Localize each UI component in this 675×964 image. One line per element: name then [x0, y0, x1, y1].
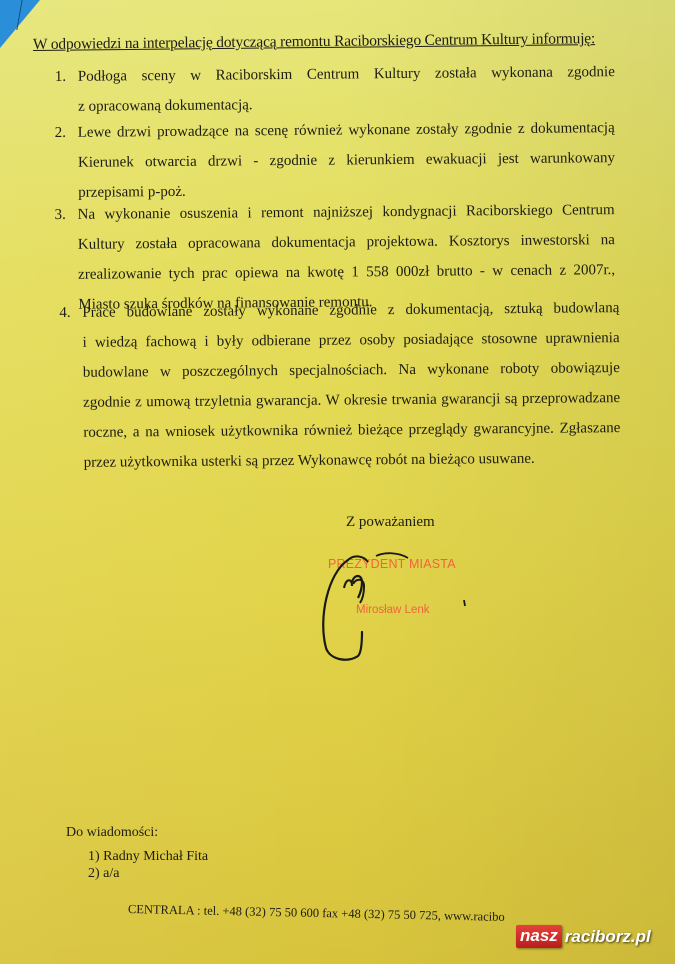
- cc-recipient: 1) Radny Michał Fita: [88, 848, 208, 865]
- intro-heading: W odpowiedzi na interpelację dotyczącą r…: [33, 30, 595, 54]
- item-line: zrealizowanie tych prac opiewa na kwotę …: [55, 255, 615, 290]
- item-line: budowlane w poszczególnych specjalnościa…: [60, 353, 620, 388]
- item-line: i wiedzą fachową i były odbierane przez …: [59, 323, 619, 358]
- cc-recipients: 1) Radny Michał Fita 2) a/a: [88, 848, 208, 882]
- item-line: Na wykonanie osuszenia i remont najniższ…: [54, 195, 614, 230]
- item-line: Prace budowlane zostały wykonane zgodnie…: [59, 293, 619, 328]
- logo-domain: raciborz.pl: [565, 927, 651, 947]
- item-number: 4.: [59, 298, 71, 328]
- item-line: roczne, a na wniosek użytkownika również…: [60, 413, 620, 448]
- item-number: 3.: [54, 200, 66, 230]
- item-line: przez użytkownika usterki są przez Wykon…: [61, 443, 621, 478]
- item-line: Lewe drzwi prowadzące na scenę również w…: [55, 113, 615, 148]
- cc-recipient: 2) a/a: [88, 865, 208, 882]
- item-line: Kultury została opracowana dokumentacja …: [55, 225, 615, 260]
- closing-salutation: Z poważaniem: [346, 514, 435, 531]
- item-number: 2.: [55, 118, 67, 148]
- list-item-1: 1. Podłoga sceny w Raciborskim Centrum K…: [55, 57, 616, 122]
- signature-icon: [318, 548, 468, 668]
- item-number: 1.: [55, 62, 67, 92]
- footer-contact: CENTRALA : tel. +48 (32) 75 50 600 fax +…: [128, 902, 505, 925]
- logo-nasz: nasz: [516, 925, 562, 948]
- list-item-4: 4. Prace budowlane zostały wykonane zgod…: [59, 293, 621, 478]
- watermark-logo: nasz raciborz.pl: [516, 925, 651, 948]
- item-line: Podłoga sceny w Raciborskim Centrum Kult…: [55, 57, 615, 92]
- cc-label: Do wiadomości:: [66, 825, 158, 841]
- list-item-2: 2. Lewe drzwi prowadzące na scenę równie…: [55, 113, 616, 208]
- item-line: zgodnie z umową trzyletnia gwarancja. W …: [60, 383, 620, 418]
- item-line: Kierunek otwarcia drzwi - zgodnie z kier…: [55, 143, 615, 178]
